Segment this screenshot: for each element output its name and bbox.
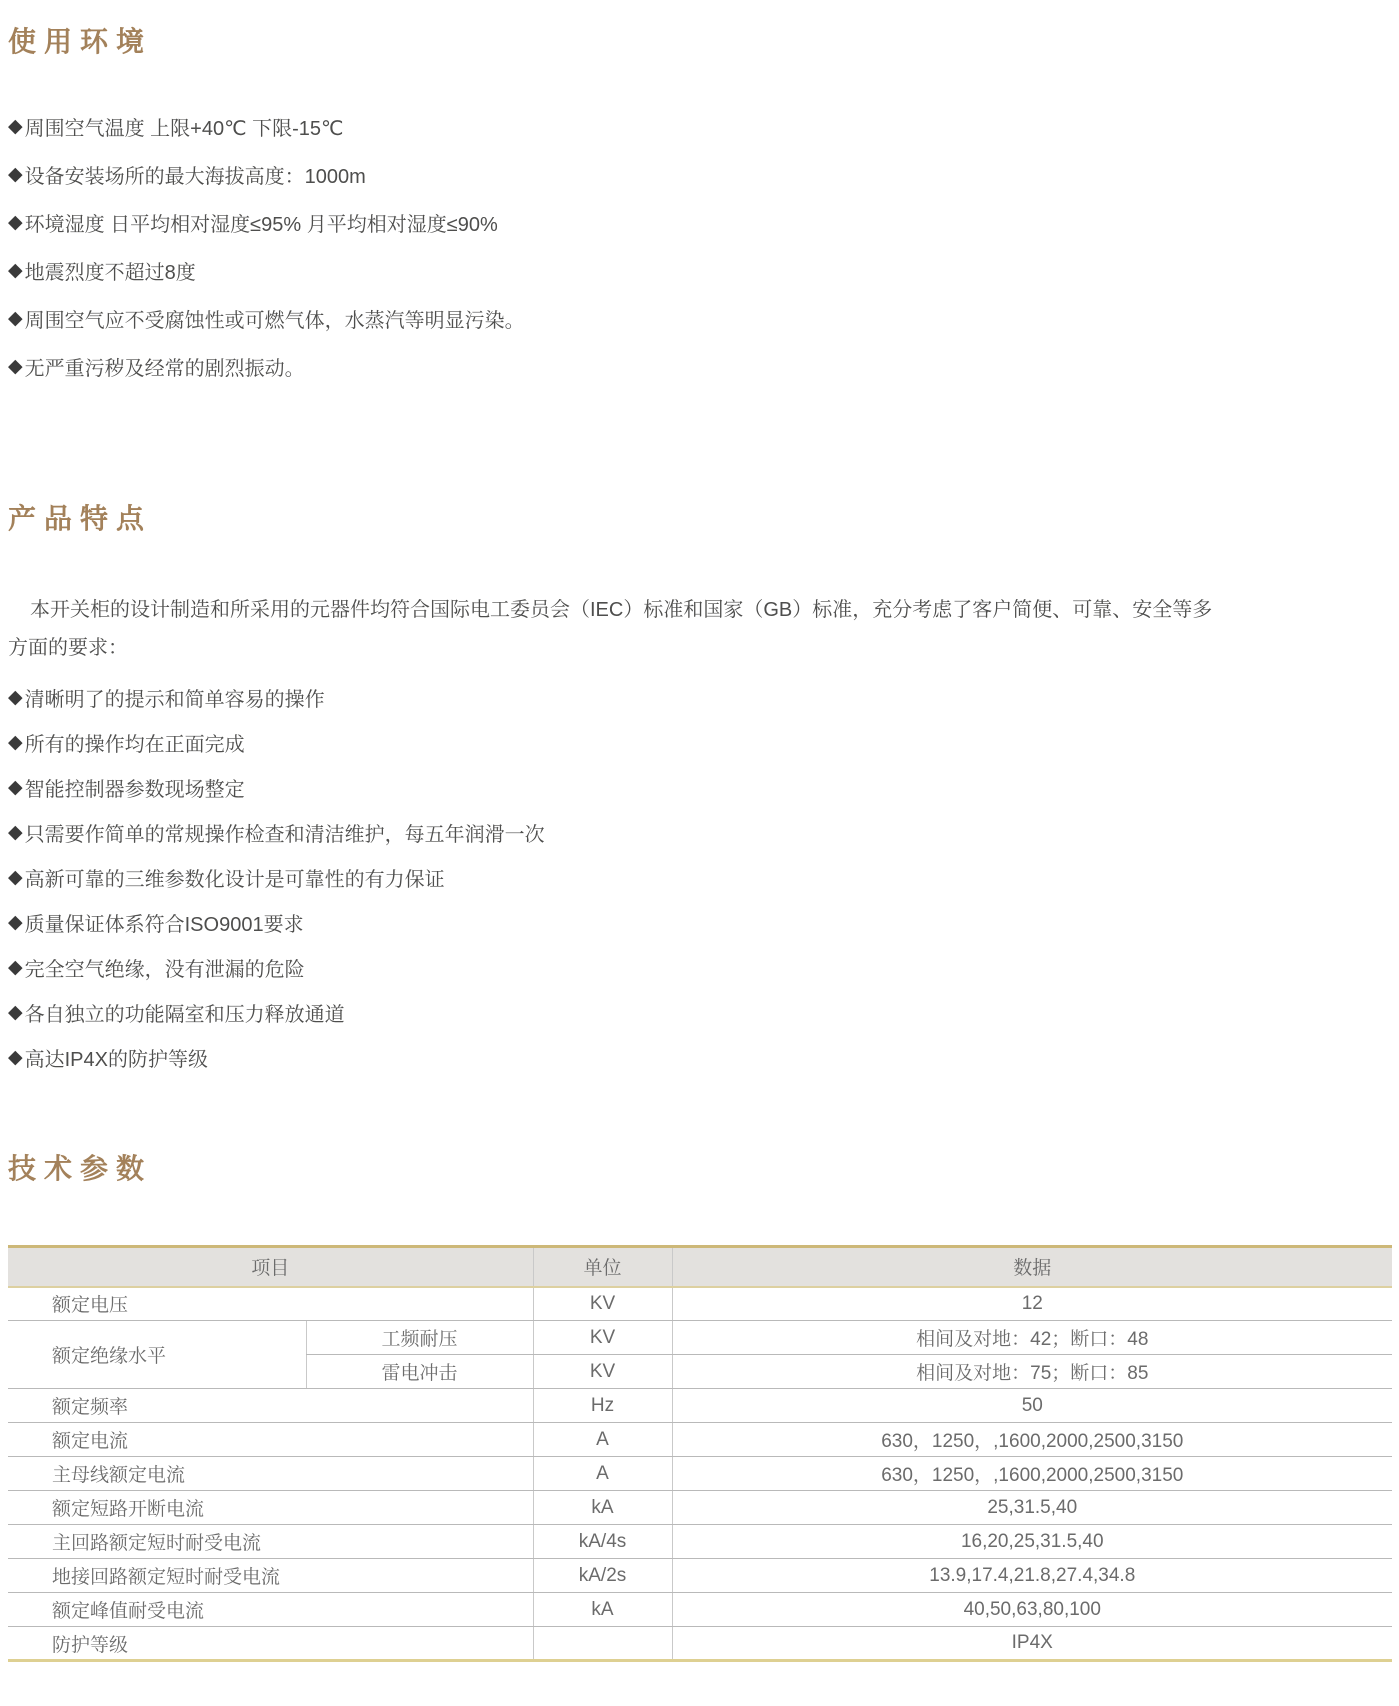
bullet-text: 高达IP4X的防护等级	[25, 1043, 208, 1072]
features-bullet-list: ◆清晰明了的提示和简单容易的操作 ◆所有的操作均在正面完成 ◆智能控制器参数现场…	[8, 675, 1399, 1080]
list-item: ◆完全空气绝缘，没有泄漏的危险	[8, 945, 1399, 990]
diamond-bullet-icon: ◆	[8, 733, 23, 752]
cell-unit: KV	[533, 1287, 672, 1321]
cell-unit: A	[533, 1423, 672, 1457]
cell-data: 13.9,17.4,21.8,27.4,34.8	[672, 1559, 1392, 1593]
table-row: 额定绝缘水平 工频耐压 KV 相间及对地：42；断口：48	[8, 1321, 1392, 1355]
bullet-text: 设备安装场所的最大海拔高度：1000m	[25, 160, 366, 189]
cell-data: 630，1250，,1600,2000,2500,3150	[672, 1457, 1392, 1491]
bullet-text: 清晰明了的提示和简单容易的操作	[25, 683, 325, 712]
list-item: ◆无严重污秽及经常的剧烈振动。	[8, 342, 1399, 390]
cell-data: 630，1250，,1600,2000,2500,3150	[672, 1423, 1392, 1457]
cell-unit: KV	[533, 1355, 672, 1389]
cell-unit: A	[533, 1457, 672, 1491]
cell-unit: KV	[533, 1321, 672, 1355]
bullet-text: 无严重污秽及经常的剧烈振动。	[25, 352, 305, 381]
list-item: ◆清晰明了的提示和简单容易的操作	[8, 675, 1399, 720]
table-row: 防护等级 IP4X	[8, 1627, 1392, 1661]
table-row: 主回路额定短时耐受电流 kA/4s 16,20,25,31.5,40	[8, 1525, 1392, 1559]
bullet-text: 只需要作简单的常规操作检查和清洁维护，每五年润滑一次	[25, 818, 545, 847]
table-row: 额定峰值耐受电流 kA 40,50,63,80,100	[8, 1593, 1392, 1627]
table-row: 主母线额定电流 A 630，1250，,1600,2000,2500,3150	[8, 1457, 1392, 1491]
bullet-text: 各自独立的功能隔室和压力释放通道	[25, 998, 345, 1027]
diamond-bullet-icon: ◆	[8, 778, 23, 797]
section-title-environment: 使用环境	[8, 0, 1399, 58]
list-item: ◆地震烈度不超过8度	[8, 246, 1399, 294]
table-row: 地接回路额定短时耐受电流 kA/2s 13.9,17.4,21.8,27.4,3…	[8, 1559, 1392, 1593]
list-item: ◆高新可靠的三维参数化设计是可靠性的有力保证	[8, 855, 1399, 900]
bullet-text: 周围空气应不受腐蚀性或可燃气体，水蒸汽等明显污染。	[25, 304, 525, 333]
cell-unit: kA/2s	[533, 1559, 672, 1593]
cell-data: 25,31.5,40	[672, 1491, 1392, 1525]
cell-unit: kA/4s	[533, 1525, 672, 1559]
diamond-bullet-icon: ◆	[8, 261, 23, 280]
cell-item: 额定电流	[8, 1423, 533, 1457]
bullet-text: 地震烈度不超过8度	[25, 256, 196, 285]
cell-sub-item: 雷电冲击	[306, 1355, 533, 1389]
cell-data: 相间及对地：42；断口：48	[672, 1321, 1392, 1355]
environment-bullet-list: ◆周围空气温度 上限+40℃ 下限-15℃ ◆设备安装场所的最大海拔高度：100…	[8, 102, 1399, 390]
bullet-text: 高新可靠的三维参数化设计是可靠性的有力保证	[25, 863, 445, 892]
paragraph-line: 方面的要求：	[8, 629, 1399, 667]
cell-data: 相间及对地：75；断口：85	[672, 1355, 1392, 1389]
cell-unit: Hz	[533, 1389, 672, 1423]
list-item: ◆智能控制器参数现场整定	[8, 765, 1399, 810]
list-item: ◆设备安装场所的最大海拔高度：1000m	[8, 150, 1399, 198]
diamond-bullet-icon: ◆	[8, 823, 23, 842]
diamond-bullet-icon: ◆	[8, 688, 23, 707]
cell-unit	[533, 1627, 672, 1661]
list-item: ◆周围空气应不受腐蚀性或可燃气体，水蒸汽等明显污染。	[8, 294, 1399, 342]
cell-data: 50	[672, 1389, 1392, 1423]
header-cell-item: 项目	[8, 1247, 533, 1287]
bullet-text: 周围空气温度 上限+40℃ 下限-15℃	[25, 112, 344, 141]
cell-item: 主母线额定电流	[8, 1457, 533, 1491]
list-item: ◆环境湿度 日平均相对湿度≤95% 月平均相对湿度≤90%	[8, 198, 1399, 246]
features-intro-paragraph: 本开关柜的设计制造和所采用的元器件均符合国际电工委员会（IEC）标准和国家（GB…	[8, 591, 1399, 667]
list-item: ◆周围空气温度 上限+40℃ 下限-15℃	[8, 102, 1399, 150]
cell-item: 额定电压	[8, 1287, 533, 1321]
document-page: 使用环境 ◆周围空气温度 上限+40℃ 下限-15℃ ◆设备安装场所的最大海拔高…	[0, 0, 1399, 1706]
cell-item: 额定频率	[8, 1389, 533, 1423]
technical-parameters-table: 项目 单位 数据 额定电压 KV 12 额定绝缘水平 工频耐压 KV 相间及对地…	[8, 1245, 1392, 1662]
diamond-bullet-icon: ◆	[8, 1003, 23, 1022]
section-title-features: 产品特点	[8, 503, 1399, 535]
cell-data: IP4X	[672, 1627, 1392, 1661]
cell-sub-item: 工频耐压	[306, 1321, 533, 1355]
cell-data: 12	[672, 1287, 1392, 1321]
diamond-bullet-icon: ◆	[8, 357, 23, 376]
table-row: 额定短路开断电流 kA 25,31.5,40	[8, 1491, 1392, 1525]
cell-unit: kA	[533, 1491, 672, 1525]
cell-item: 额定绝缘水平	[8, 1321, 306, 1389]
cell-unit: kA	[533, 1593, 672, 1627]
bullet-text: 所有的操作均在正面完成	[25, 728, 245, 757]
table-row: 额定电流 A 630，1250，,1600,2000,2500,3150	[8, 1423, 1392, 1457]
table-row: 额定电压 KV 12	[8, 1287, 1392, 1321]
section-title-parameters: 技术参数	[8, 1153, 1399, 1185]
cell-data: 16,20,25,31.5,40	[672, 1525, 1392, 1559]
cell-item: 主回路额定短时耐受电流	[8, 1525, 533, 1559]
cell-data: 40,50,63,80,100	[672, 1593, 1392, 1627]
paragraph-line: 本开关柜的设计制造和所采用的元器件均符合国际电工委员会（IEC）标准和国家（GB…	[8, 591, 1399, 629]
diamond-bullet-icon: ◆	[8, 868, 23, 887]
list-item: ◆只需要作简单的常规操作检查和清洁维护，每五年润滑一次	[8, 810, 1399, 855]
header-cell-unit: 单位	[533, 1247, 672, 1287]
diamond-bullet-icon: ◆	[8, 1048, 23, 1067]
bullet-text: 智能控制器参数现场整定	[25, 773, 245, 802]
table-header-row: 项目 单位 数据	[8, 1247, 1392, 1287]
list-item: ◆各自独立的功能隔室和压力释放通道	[8, 990, 1399, 1035]
list-item: ◆所有的操作均在正面完成	[8, 720, 1399, 765]
list-item: ◆质量保证体系符合ISO9001要求	[8, 900, 1399, 945]
diamond-bullet-icon: ◆	[8, 309, 23, 328]
cell-item: 地接回路额定短时耐受电流	[8, 1559, 533, 1593]
header-cell-data: 数据	[672, 1247, 1392, 1287]
list-item: ◆高达IP4X的防护等级	[8, 1035, 1399, 1080]
bullet-text: 环境湿度 日平均相对湿度≤95% 月平均相对湿度≤90%	[25, 208, 498, 237]
diamond-bullet-icon: ◆	[8, 117, 23, 136]
diamond-bullet-icon: ◆	[8, 958, 23, 977]
table-row: 额定频率 Hz 50	[8, 1389, 1392, 1423]
cell-item: 额定短路开断电流	[8, 1491, 533, 1525]
cell-item: 防护等级	[8, 1627, 533, 1661]
diamond-bullet-icon: ◆	[8, 913, 23, 932]
diamond-bullet-icon: ◆	[8, 213, 23, 232]
bullet-text: 质量保证体系符合ISO9001要求	[25, 908, 304, 937]
cell-item: 额定峰值耐受电流	[8, 1593, 533, 1627]
diamond-bullet-icon: ◆	[8, 165, 23, 184]
bullet-text: 完全空气绝缘，没有泄漏的危险	[25, 953, 305, 982]
